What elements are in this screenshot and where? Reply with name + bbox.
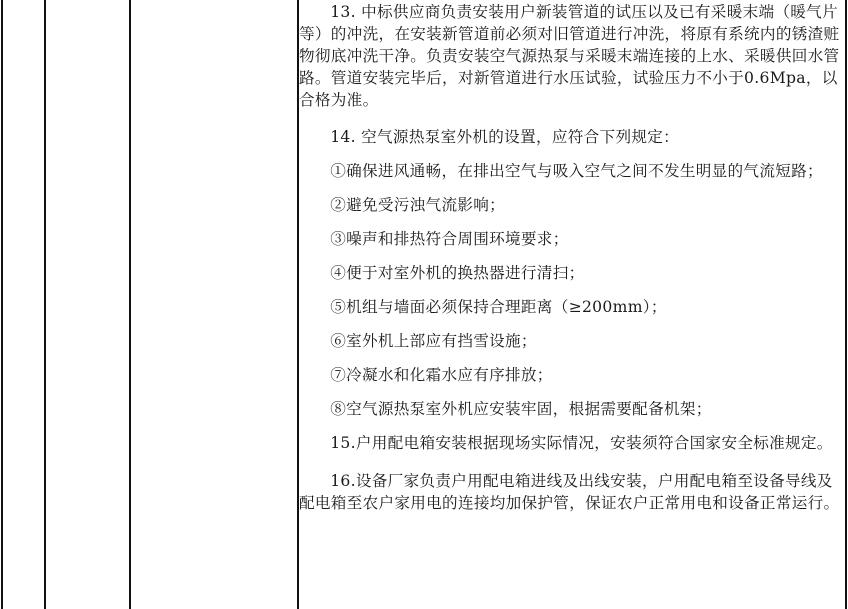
paragraph-14-item-6: ⑥室外机上部应有挡雪设施； [299,330,841,352]
paragraph-14-item-8: ⑧空气源热泵室外机应安装牢固，根据需要配备机架； [299,398,841,420]
table-cell-item [131,0,297,609]
paragraph-14-item-7: ⑦冷凝水和化霜水应有序排放； [299,364,841,386]
paragraph-14-item-1: ①确保进风通畅，在排出空气与吸入空气之间不发生明显的气流短路； [299,160,841,182]
table-cell-index [3,0,44,609]
paragraph-15: 15.户用配电箱安装根据现场实际情况，安装须符合国家安全标准规定。 [299,432,841,454]
paragraph-14-item-3: ③噪声和排热符合周围环境要求； [299,228,841,250]
table-cell-content: 13. 中标供应商负责安装用户新装管道的试压以及已有采暖末端（暖气片等）的冲洗，… [299,0,841,609]
table-cell-category [46,0,129,609]
table-border-right [845,0,847,609]
paragraph-13: 13. 中标供应商负责安装用户新装管道的试压以及已有采暖末端（暖气片等）的冲洗，… [299,1,841,111]
paragraph-14: 14. 空气源热泵室外机的设置，应符合下列规定： [299,126,841,148]
paragraph-14-item-4: ④便于对室外机的换热器进行清扫； [299,262,841,284]
paragraph-14-item-5: ⑤机组与墙面必须保持合理距离（≥200mm）； [299,296,841,318]
paragraph-14-item-2: ②避免受污浊气流影响； [299,194,841,216]
paragraph-16: 16.设备厂家负责户用配电箱进线及出线安装，户用配电箱至设备导线及配电箱至农户家… [299,470,841,514]
requirements-table: 13. 中标供应商负责安装用户新装管道的试压以及已有采暖末端（暖气片等）的冲洗，… [0,0,848,609]
